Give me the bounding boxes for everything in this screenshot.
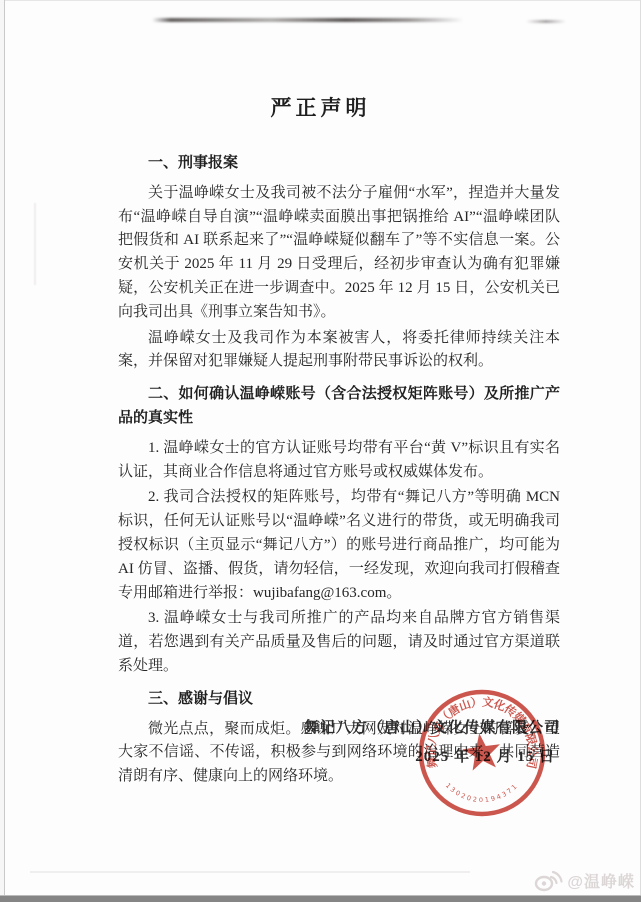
photo-left-edge bbox=[4, 0, 5, 902]
section-2-item-2: 2. 我司合法授权的矩阵账号，均带有“舞记八方”等明确 MCN 标识，任何无认证… bbox=[118, 486, 560, 605]
section-2-heading: 二、如何确认温峥嵘账号（含合法授权矩阵账号）及所推广产品的真实性 bbox=[118, 383, 560, 431]
seal-star-icon bbox=[460, 731, 503, 772]
company-seal-graphic: 舞记八方（唐山）文化传媒有限公司 1302020194371 bbox=[417, 688, 547, 818]
section-1-heading: 一、刑事报案 bbox=[118, 152, 560, 176]
section-2-item-3: 3. 温峥嵘女士与我司所推广的产品均来自品牌方官方销售渠道，若您遇到有关产品质量… bbox=[118, 607, 560, 678]
fold-line-horizontal bbox=[30, 871, 470, 873]
company-seal: 舞记八方（唐山）文化传媒有限公司 1302020194371 bbox=[417, 688, 547, 818]
weibo-watermark: @温峥嵘 bbox=[533, 868, 635, 892]
section-1-paragraph-1: 关于温峥嵘女士及我司被不法分子雇佣“水军”，捏造并大量发布“温峥嵘自导自演”“温… bbox=[118, 182, 560, 325]
section-2-item-1: 1. 温峥嵘女士的官方认证账号均带有平台“黄 V”标识且有实名认证，其商业合作信… bbox=[118, 437, 560, 485]
weibo-icon bbox=[533, 868, 563, 892]
watermark-handle: @温峥嵘 bbox=[567, 869, 635, 892]
scan-smudge-small bbox=[526, 20, 566, 23]
scan-smudge-streak bbox=[152, 18, 464, 22]
document-photo: 严正声明 一、刑事报案 关于温峥嵘女士及我司被不法分子雇佣“水军”，捏造并大量发… bbox=[0, 0, 641, 902]
page-title: 严正声明 bbox=[0, 92, 641, 122]
section-1-paragraph-2: 温峥嵘女士及我司作为本案被害人，将委托律师持续关注本案，并保留对犯罪嫌疑人提起刑… bbox=[118, 327, 560, 375]
photo-top-edge bbox=[0, 0, 641, 1]
seal-serial: 1302020194371 bbox=[444, 781, 520, 804]
photo-bottom-edge bbox=[0, 895, 641, 902]
fold-line-vertical bbox=[34, 203, 36, 285]
